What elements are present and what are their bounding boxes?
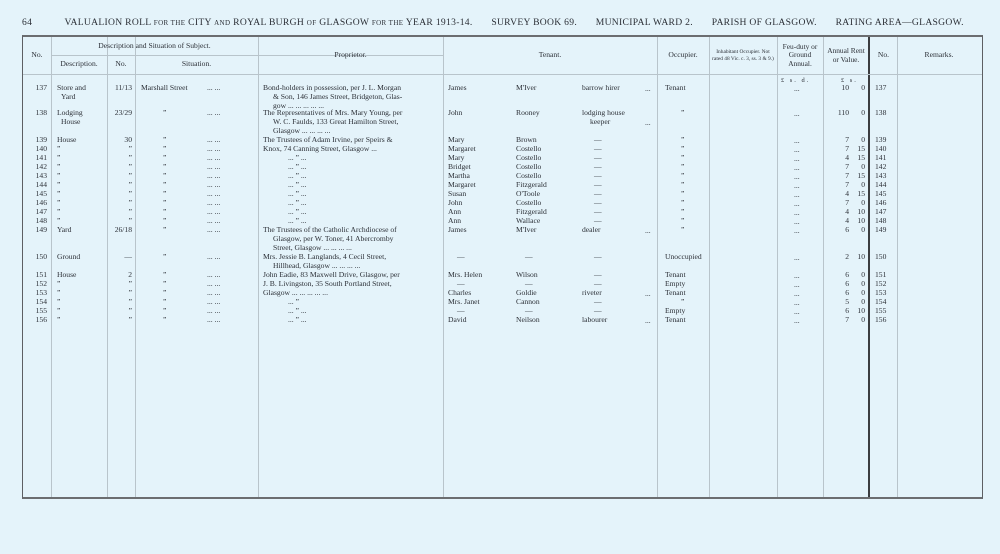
col-divider bbox=[709, 37, 710, 497]
tenant-occupation: labourer bbox=[582, 316, 607, 325]
situation-dots: ... ... bbox=[207, 253, 220, 262]
tenant-first-name: John bbox=[448, 109, 462, 118]
header-no-right: No. bbox=[870, 37, 897, 74]
header-group-description: Description and Situation of Subject. bbox=[51, 37, 258, 55]
col-divider bbox=[107, 37, 108, 497]
entry-number-right: 149 bbox=[875, 226, 886, 235]
tenant-first-name: James bbox=[448, 84, 467, 93]
proprietor-line: ... ” ... bbox=[288, 316, 307, 325]
header-annual-rent: Annual Rent or Value. bbox=[825, 37, 867, 74]
entry-number-right: 156 bbox=[875, 316, 886, 325]
col-divider bbox=[777, 37, 778, 497]
situation: ” bbox=[163, 109, 166, 118]
header-situation: Situation. bbox=[135, 55, 258, 74]
tenant-first-name: — bbox=[457, 253, 465, 262]
entry-number: 156 bbox=[23, 316, 47, 325]
entry-number-right: 138 bbox=[875, 109, 886, 118]
header-feu-duty: Feu-duty or Ground Annual. bbox=[779, 37, 821, 74]
tenant-first-name: Mrs. Helen bbox=[448, 271, 482, 280]
tenant-occupation: barrow hirer bbox=[582, 84, 620, 93]
tenant-surname: — bbox=[525, 253, 533, 262]
header-rule bbox=[23, 74, 982, 75]
description: Yard bbox=[57, 226, 71, 235]
col-divider bbox=[657, 37, 658, 497]
rent-shillings: 0 bbox=[851, 316, 865, 325]
col-divider bbox=[897, 37, 898, 497]
occupation-dots: ... bbox=[645, 317, 651, 326]
situation-dots: ... ... bbox=[207, 109, 220, 118]
tenant-surname: M'Iver bbox=[516, 84, 536, 93]
tenant-first-name: David bbox=[448, 316, 467, 325]
situation: Marshall Street bbox=[141, 84, 188, 93]
occupier: Unoccupied bbox=[665, 253, 702, 262]
rent-shillings: 0 bbox=[851, 109, 865, 118]
situation-dots: ... ... bbox=[207, 84, 220, 93]
entry-number: 138 bbox=[23, 109, 47, 118]
rent-shillings: 0 bbox=[851, 226, 865, 235]
occupation-dots: ... bbox=[645, 290, 651, 299]
rent-pounds: 110 bbox=[823, 109, 849, 118]
house-number: 11/13 bbox=[107, 84, 132, 93]
tenant-surname: M'Iver bbox=[516, 226, 536, 235]
rent-pounds: 10 bbox=[823, 84, 849, 93]
header-no: No. bbox=[23, 37, 51, 74]
description-line2: Yard bbox=[61, 93, 75, 102]
municipal-ward: MUNICIPAL WARD 2. bbox=[596, 17, 693, 28]
house-number: 23/29 bbox=[107, 109, 132, 118]
survey-book: SURVEY BOOK 69. bbox=[491, 17, 577, 28]
tenant-occupation: dealer bbox=[582, 226, 601, 235]
occupier: Tenant bbox=[665, 316, 686, 325]
header-house-no: No. bbox=[107, 55, 135, 74]
occupation-dots: ... bbox=[645, 85, 651, 94]
col-divider bbox=[51, 37, 52, 497]
rent-pounds: 6 bbox=[823, 226, 849, 235]
description: Ground bbox=[57, 253, 80, 262]
parish: PARISH OF GLASGOW. bbox=[712, 17, 817, 28]
rent-pounds: 2 bbox=[823, 253, 849, 262]
feu-units: £ s. d. bbox=[781, 77, 810, 84]
col-divider bbox=[135, 37, 136, 497]
header-description: Description. bbox=[51, 55, 107, 74]
feu-duty: ... bbox=[794, 317, 800, 326]
rent-shillings: 10 bbox=[851, 253, 865, 262]
entry-number: 149 bbox=[23, 226, 47, 235]
page-header: 64 VALUALION ROLL FOR THE CITY AND ROYAL… bbox=[22, 17, 982, 28]
rating-area: RATING AREA—GLASGOW. bbox=[836, 17, 964, 28]
occupier: Tenant bbox=[665, 84, 686, 93]
proprietor-line: Knox, 74 Canning Street, Glasgow ... bbox=[263, 145, 377, 154]
rent-pounds: 7 bbox=[823, 316, 849, 325]
rent-shillings: 0 bbox=[851, 84, 865, 93]
description: ” bbox=[57, 316, 60, 325]
header-occupier: Occupier. bbox=[657, 37, 709, 74]
house-number: 26/18 bbox=[107, 226, 132, 235]
header-remarks: Remarks. bbox=[897, 37, 981, 74]
feu-duty: ... bbox=[794, 254, 800, 263]
tenant-first-name: James bbox=[448, 226, 467, 235]
situation: ” bbox=[163, 226, 166, 235]
entry-number-right: 150 bbox=[875, 253, 886, 262]
page-number: 64 bbox=[22, 17, 62, 28]
house-number: ” bbox=[107, 316, 132, 325]
feu-duty: ... bbox=[794, 85, 800, 94]
entry-number-right: 137 bbox=[875, 84, 886, 93]
situation-dots: ... ... bbox=[207, 226, 220, 235]
situation: ” bbox=[163, 253, 166, 262]
col-divider bbox=[823, 37, 824, 497]
tenant-occupation: — bbox=[594, 253, 602, 262]
feu-duty: ... bbox=[794, 227, 800, 236]
situation: ” bbox=[163, 316, 166, 325]
occupier: ” bbox=[681, 226, 684, 235]
occupier: ” bbox=[681, 109, 684, 118]
occupation-dots: ... bbox=[645, 227, 651, 236]
tenant-surname: Rooney bbox=[516, 109, 540, 118]
entry-number: 150 bbox=[23, 253, 47, 262]
situation-dots: ... ... bbox=[207, 316, 220, 325]
valuation-table: No. Description and Situation of Subject… bbox=[22, 35, 983, 499]
col-divider-thick bbox=[868, 37, 870, 497]
header-inhabitant-occupier: Inhabitant Occupier. Not rated 48 Vic. c… bbox=[711, 37, 775, 74]
col-divider bbox=[258, 37, 259, 497]
feu-duty: ... bbox=[794, 110, 800, 119]
house-number: — bbox=[107, 253, 132, 262]
description-line2: House bbox=[61, 118, 80, 127]
tenant-occupation-line2: keeper bbox=[590, 118, 610, 127]
occupation-dots: ... bbox=[645, 119, 651, 128]
roll-title: VALUALION ROLL FOR THE CITY AND ROYAL BU… bbox=[65, 17, 492, 28]
entry-number: 137 bbox=[23, 84, 47, 93]
col-divider bbox=[443, 37, 444, 497]
header-proprietor: Proprietor. bbox=[258, 37, 443, 74]
tenant-surname: Neilson bbox=[516, 316, 540, 325]
header-tenant: Tenant. bbox=[443, 37, 657, 74]
